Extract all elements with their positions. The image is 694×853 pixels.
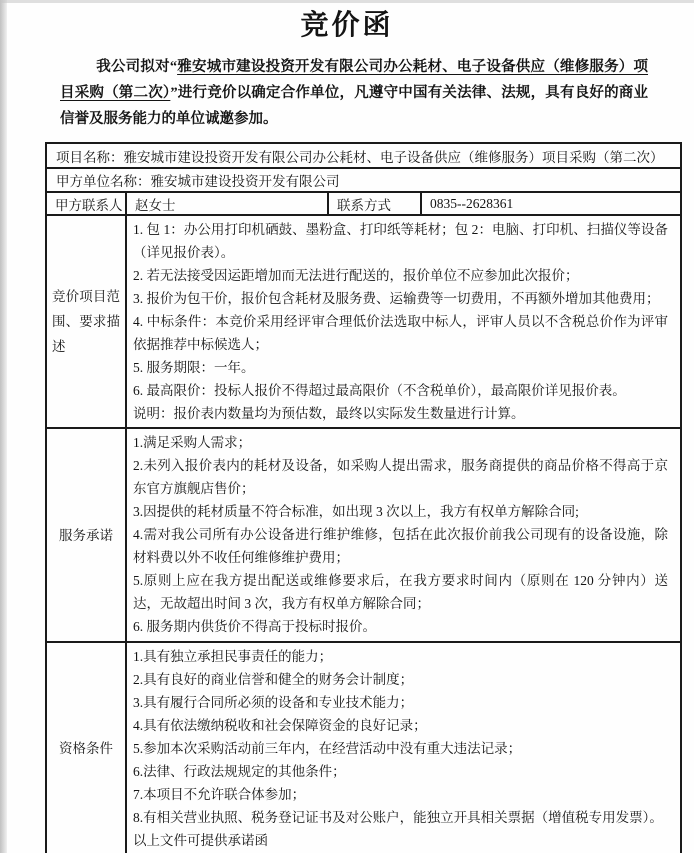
text-line: 7.本项目不允许联合体参加； [133,783,668,806]
intro-lead-text: 我公司拟对“ [96,59,177,75]
contact-person-label-cell: 甲方联系人 [47,193,125,214]
party-a-unit-row: 甲方单位名称：雅安城市建设投资开发有限公司 [47,167,680,191]
project-name-row: 项目名称：雅安城市建设投资开发有限公司办公耗材、电子设备供应（维修服务）项目采购… [47,144,680,167]
section-row-service-commitment: 服务承诺 1.满足采购人需求；2.未列入报价表内的耗材及设备，如采购人提出需求，… [47,427,680,641]
text-line: 4.具有依法缴纳税收和社会保障资金的良好记录； [133,714,668,737]
text-line: 2.具有良好的商业信誉和健全的财务会计制度； [133,668,668,691]
page-title: 竞价函 [0,0,694,42]
text-line: 6. 最高限价：投标人报价不得超过最高限价（不含税单价），最高限价详见报价表。 [133,379,668,402]
contact-method-value-cell: 0835--2628361 [420,193,680,214]
contact-method-label-cell: 联系方式 [327,193,420,214]
section-label-service-commitment: 服务承诺 [47,523,125,548]
project-name-label: 项目名称： [56,146,124,166]
section-content-project-scope: 1. 包 1：办公用打印机硒鼓、墨粉盒、打印纸等耗材；包 2：电脑、打印机、扫描… [125,216,680,427]
scan-edge-artifact-top [0,0,694,3]
text-line: 3.具有履行合同所必须的设备和专业技术能力； [133,691,668,714]
section-label-cell-service-commitment: 服务承诺 [47,429,125,641]
text-line: 以上文件可提供承诺函 [133,829,668,852]
section-label-cell-project-scope: 竞价项目范围、要求描述 [47,216,125,427]
section-label-cell-qualification: 资格条件 [47,643,125,853]
section-label-qualification: 资格条件 [47,736,125,761]
text-line: 6. 服务期内供货价不得高于投标时报价。 [133,615,668,638]
bidding-info-table: 项目名称：雅安城市建设投资开发有限公司办公耗材、电子设备供应（维修服务）项目采购… [45,142,682,853]
text-line: 4. 中标条件：本竞价采用经评审合理低价法选取中标人，评审人员以不含税总价作为评… [133,310,668,356]
text-line: 2. 若无法接受因运距增加而无法进行配送的，报价单位不应参加此次报价； [133,264,668,287]
text-line: 4.需对我公司所有办公设备进行维护维修，包括在此次报价前我公司现有的设备设施，除… [133,523,668,569]
text-line: 8.有相关营业执照、税务登记证书及对公账户，能独立开具相关票据（增值税专用发票）… [133,806,668,829]
scanned-document-page: 竞价函 我公司拟对“雅安城市建设投资开发有限公司办公耗材、电子设备供应（维修服务… [0,0,694,853]
text-line: 1.满足采购人需求； [133,431,668,454]
text-line: 1.具有独立承担民事责任的能力； [133,645,668,668]
section-row-qualification: 资格条件 1.具有独立承担民事责任的能力；2.具有良好的商业信誉和健全的财务会计… [47,641,680,853]
text-line: 6.法律、行政法规规定的其他条件； [133,760,668,783]
text-line: 5.原则上应在我方提出配送或维修要求后，在我方要求时间内（原则在 120 分钟内… [133,569,668,615]
text-line: 3. 报价为包干价，报价包含耗材及服务费、运输费等一切费用，不再额外增加其他费用… [133,287,668,310]
text-line: 说明：报价表内数量均为预估数，最终以实际发生数量进行计算。 [133,402,668,425]
text-line: 1. 包 1：办公用打印机硒鼓、墨粉盒、打印纸等耗材；包 2：电脑、打印机、扫描… [133,218,668,264]
text-line: 5. 服务期限：一年。 [133,356,668,379]
party-a-unit-value: 雅安城市建设投资开发有限公司 [151,170,340,190]
section-content-service-commitment: 1.满足采购人需求；2.未列入报价表内的耗材及设备，如采购人提出需求，服务商提供… [125,429,680,641]
text-line: 2.未列入报价表内的耗材及设备，如采购人提出需求，服务商提供的商品价格不得高于京… [133,454,668,500]
party-a-unit-label: 甲方单位名称： [56,170,151,190]
section-content-qualification: 1.具有独立承担民事责任的能力；2.具有良好的商业信誉和健全的财务会计制度；3.… [125,643,680,853]
section-row-project-scope: 竞价项目范围、要求描述 1. 包 1：办公用打印机硒鼓、墨粉盒、打印纸等耗材；包… [47,214,680,427]
text-line: 5.参加本次采购活动前三年内，在经营活动中没有重大违法记录； [133,737,668,760]
intro-paragraph: 我公司拟对“雅安城市建设投资开发有限公司办公耗材、电子设备供应（维修服务）项目采… [60,54,648,132]
scan-edge-artifact-left [0,0,7,853]
text-line: 3.因提供的耗材质量不符合标准，如出现 3 次以上，我方有权单方解除合同; [133,500,668,523]
contact-row: 甲方联系人 赵女士 联系方式 0835--2628361 [47,191,680,214]
contact-person-value-cell: 赵女士 [125,193,327,214]
section-label-project-scope: 竞价项目范围、要求描述 [47,284,125,359]
project-name-value: 雅安城市建设投资开发有限公司办公耗材、电子设备供应（维修服务）项目采购（第二次） [124,146,664,166]
